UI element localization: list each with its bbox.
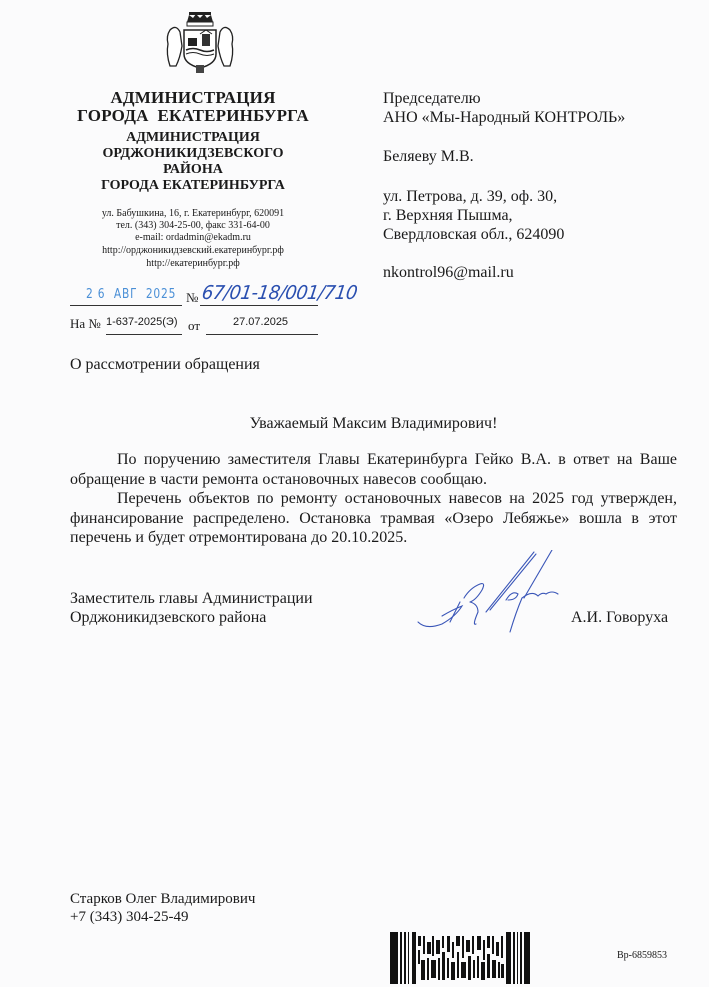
handwritten-signature-icon: [412, 550, 572, 640]
org-name-line1: АДМИНИСТРАЦИЯ: [62, 88, 324, 107]
org-phone: тел. (343) 304-25-00, факс 331-64-00: [62, 220, 324, 233]
reply-number-line: [106, 334, 182, 335]
executor-phone: +7 (343) 304-25-49: [70, 908, 188, 928]
sub-org-line4: ГОРОДА ЕКАТЕРИНБУРГА: [62, 178, 324, 194]
sub-org-line2: ОРДЖОНИКИДЗЕВСКОГО: [62, 146, 324, 162]
salutation: Уважаемый Максим Владимирович!: [0, 414, 709, 434]
date-stamp: 2 6 АВГ 2025: [86, 287, 176, 302]
addressee-addr1: ул. Петрова, д. 39, оф. 30,: [383, 187, 557, 207]
number-label: №: [186, 290, 198, 306]
addressee-email: nkontrol96@mail.ru: [383, 263, 514, 283]
barcode-icon: [390, 932, 530, 984]
org-address: ул. Бабушкина, 16, г. Екатеринбург, 6200…: [62, 208, 324, 221]
reply-date-line: [206, 334, 318, 335]
addressee-addr2: г. Верхняя Пышма,: [383, 206, 513, 226]
addressee-org: АНО «Мы-Народный КОНТРОЛЬ»: [383, 108, 625, 128]
body-paragraph-1: По поручению заместителя Главы Екатеринб…: [70, 450, 677, 489]
document-code: Вр-6859853: [617, 950, 667, 961]
from-label: от: [188, 318, 200, 334]
signatory-title-line2: Орджоникидзевского района: [70, 608, 266, 628]
org-email: e-mail: ordadmin@ekadm.ru: [62, 232, 324, 245]
org-site2: http://екатеринбург.рф: [62, 258, 324, 271]
addressee-position: Председателю: [383, 89, 481, 109]
reply-to-date: 27.07.2025: [233, 316, 288, 328]
signatory-title-line1: Заместитель главы Администрации: [70, 589, 313, 609]
executor-name: Старков Олег Владимирович: [70, 890, 255, 910]
addressee-addr3: Свердловская обл., 624090: [383, 225, 564, 245]
outgoing-number: 67/01-18/001/710: [200, 282, 358, 304]
sub-org-line3: РАЙОНА: [62, 162, 324, 178]
addressee-name: Беляеву М.В.: [383, 147, 474, 167]
reply-to-number: 1-637-2025(Э): [106, 316, 178, 328]
number-line: [200, 305, 318, 306]
coat-of-arms-icon: [160, 10, 240, 76]
org-name-line2: ГОРОДА ЕКАТЕРИНБУРГА: [62, 106, 324, 125]
body-paragraph-2: Перечень объектов по ремонту остановочны…: [70, 489, 677, 548]
signatory-name: А.И. Говоруха: [571, 608, 668, 628]
reply-to-label: На №: [70, 316, 101, 332]
org-site1: http://орджоникидзевский.екатеринбург.рф: [62, 245, 324, 258]
sub-org-line1: АДМИНИСТРАЦИЯ: [62, 130, 324, 146]
letter-subject: О рассмотрении обращения: [70, 355, 260, 375]
date-line: [70, 305, 182, 306]
